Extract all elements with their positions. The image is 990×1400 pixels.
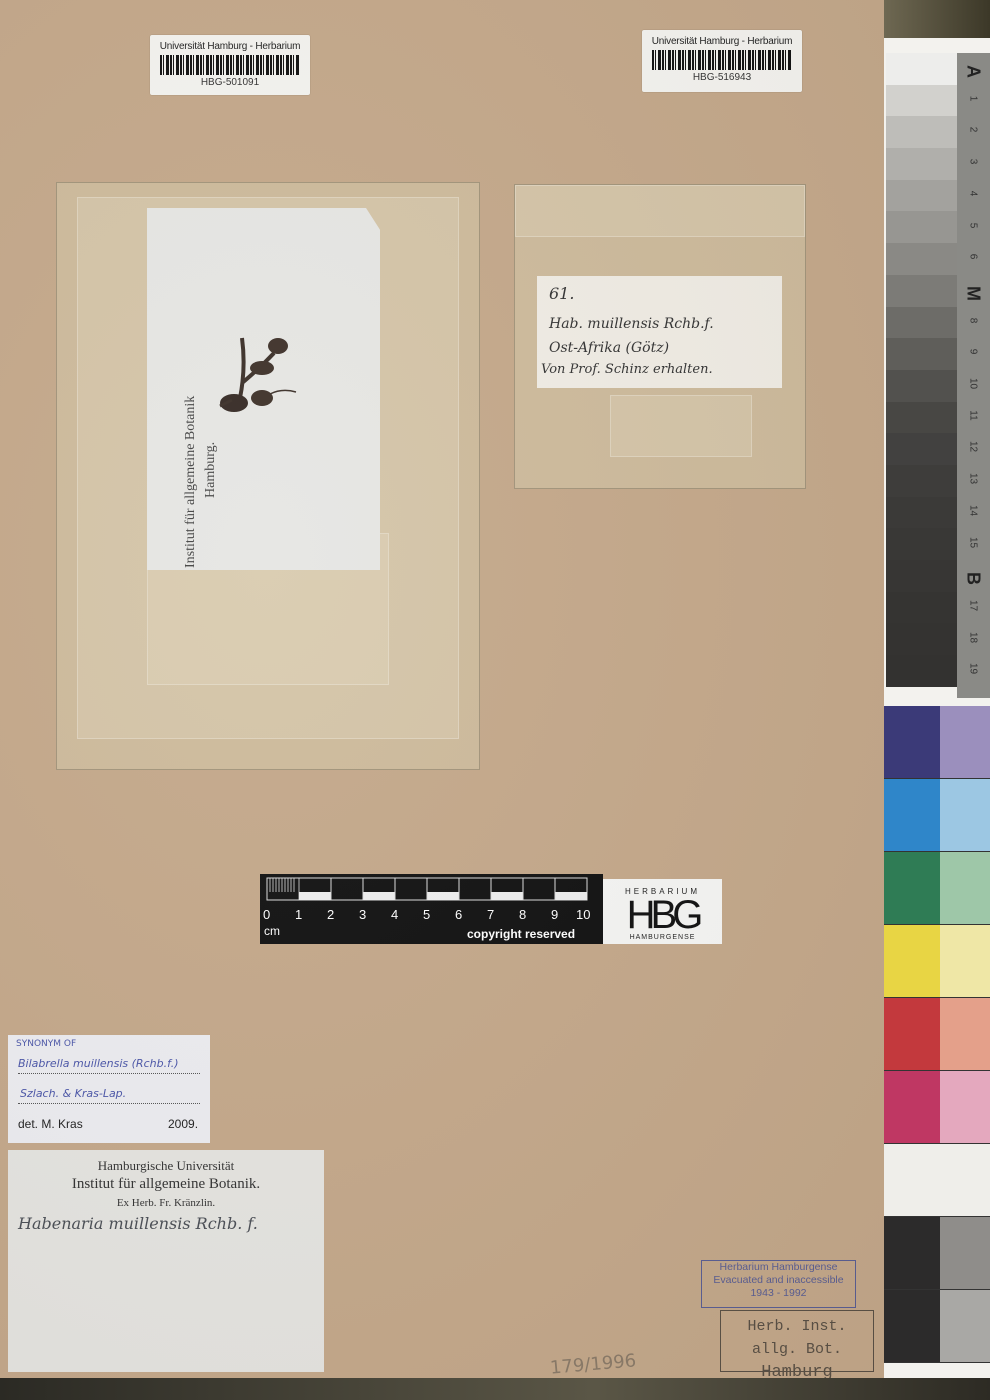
scale-tick-label: 10 (576, 907, 590, 922)
gray-step (886, 180, 957, 212)
inst-institute: Institut für allgemeine Botanik. (8, 1176, 324, 1193)
barcode-title: Universität Hamburg - Herbarium (150, 41, 310, 52)
gray-step-label: 12 (968, 439, 979, 455)
dotted-line (18, 1103, 200, 1104)
dotted-line (18, 1073, 200, 1074)
gray-step-label: 17 (968, 597, 979, 613)
color-swatch (940, 852, 990, 924)
color-swatch (940, 998, 990, 1070)
color-swatches (884, 706, 990, 1363)
gray-step (886, 623, 957, 655)
orchid-specimen-icon (212, 328, 307, 418)
field-note-label: 61. Hab. muillensis Rchb.f. Ost-Afrika (… (537, 276, 782, 388)
color-swatch (940, 1290, 990, 1362)
swatch-row (884, 1217, 990, 1290)
gray-step-label: 9 (968, 344, 979, 360)
stamp-line: Herb. Inst. allg. Bot. (721, 1315, 873, 1361)
barcode-label-2: Universität Hamburg - Herbarium HBG-5169… (642, 30, 802, 92)
barcode-label-1: Universität Hamburg - Herbarium HBG-5010… (150, 35, 310, 95)
institute-label: Hamburgische Universität Institut für al… (8, 1150, 324, 1372)
gray-step-label: 19 (968, 661, 979, 677)
specimen-envelope (56, 182, 480, 770)
evacuation-stamp: Herbarium Hamburgense Evacuated and inac… (701, 1260, 856, 1308)
stamp-line: Evacuated and inaccessible (702, 1274, 855, 1287)
gray-step-label: 2 (968, 122, 979, 138)
field-note-number: 61. (549, 284, 574, 303)
gray-step (886, 560, 957, 592)
envelope-fold (147, 533, 389, 685)
det-name-line1: Bilabrella muillensis (Rchb.f.) (18, 1057, 179, 1070)
copyright-text: copyright reserved (467, 927, 575, 941)
gray-step (886, 528, 957, 560)
note-envelope (514, 184, 806, 489)
gray-step-label: M (963, 285, 984, 301)
swatch-row (884, 1144, 990, 1217)
gray-step (886, 592, 957, 624)
background-edge (884, 0, 990, 38)
color-swatch (940, 779, 990, 851)
color-swatch (940, 706, 990, 778)
gray-step (886, 53, 957, 85)
field-note-line2: Ost-Afrika (Götz) (549, 340, 669, 356)
gray-step-label: 1 (968, 90, 979, 106)
gray-step (886, 211, 957, 243)
color-swatch (884, 1071, 940, 1143)
inst-handwritten-name: Habenaria muillensis Rchb. f. (18, 1214, 258, 1233)
color-swatch (884, 1290, 940, 1362)
gray-step (886, 148, 957, 180)
gray-step (886, 465, 957, 497)
logo-top-text: HERBARIUM (603, 887, 722, 896)
gray-step-label: 18 (968, 629, 979, 645)
gray-step (886, 307, 957, 339)
scale-tick-label: 5 (423, 907, 430, 922)
gray-scale-strip (886, 53, 957, 687)
institute-stamp: Herb. Inst. allg. Bot. Hamburg (720, 1310, 874, 1372)
gray-step-label: B (963, 571, 984, 587)
swatch-row (884, 998, 990, 1071)
det-by: det. M. Kras (18, 1117, 83, 1131)
stamp-line: Herbarium Hamburgense (702, 1261, 855, 1274)
packet-text-line1: Institut für allgemeine Botanik (183, 396, 199, 568)
color-swatch (884, 779, 940, 851)
gray-step-label: 14 (968, 502, 979, 518)
field-note-line1: Hab. muillensis Rchb.f. (549, 316, 714, 332)
color-swatch (940, 1071, 990, 1143)
field-note-line3: Von Prof. Schinz erhalten. (541, 362, 713, 377)
color-swatch (940, 925, 990, 997)
scale-bar: 0 1 2 3 4 5 6 7 8 9 10 cm copyright rese… (260, 874, 722, 944)
scale-tick-label: 3 (359, 907, 366, 922)
gray-step-label: 8 (968, 312, 979, 328)
scale-tick-label: 7 (487, 907, 494, 922)
color-swatch (884, 998, 940, 1070)
color-swatch (940, 1217, 990, 1289)
det-year: 2009. (168, 1117, 198, 1131)
accession-number: 179/1996 (549, 1350, 637, 1378)
color-swatch (940, 1144, 990, 1216)
gray-step (886, 85, 957, 117)
gray-step-label: 13 (968, 471, 979, 487)
gray-step-label: 3 (968, 154, 979, 170)
gray-step (886, 402, 957, 434)
gray-step (886, 497, 957, 529)
logo-bottom-text: HAMBURGENSE (603, 934, 722, 941)
scale-tick-label: 2 (327, 907, 334, 922)
swatch-row (884, 1290, 990, 1363)
scale-tick-label: 1 (295, 907, 302, 922)
gray-step (886, 243, 957, 275)
scale-tick-label: 0 (263, 907, 270, 922)
gray-step (886, 433, 957, 465)
scale-tick-label: 4 (391, 907, 398, 922)
background-edge (0, 1378, 990, 1400)
gray-step-label: A (963, 64, 984, 80)
gray-scale-labels: A123456M89101112131415B171819 (957, 53, 990, 698)
gray-step-label: 15 (968, 534, 979, 550)
swatch-row (884, 925, 990, 998)
gray-step-label: 4 (968, 185, 979, 201)
gray-step-label: 5 (968, 217, 979, 233)
color-swatch (884, 925, 940, 997)
envelope-fold (610, 395, 752, 457)
barcode-number: HBG-501091 (150, 77, 310, 88)
gray-step (886, 338, 957, 370)
barcode-title: Universität Hamburg - Herbarium (642, 36, 802, 47)
color-swatch (884, 1217, 940, 1289)
swatch-row (884, 706, 990, 779)
swatch-row (884, 1071, 990, 1144)
inst-ex-herb: Ex Herb. Fr. Kränzlin. (8, 1197, 324, 1209)
gray-step (886, 275, 957, 307)
color-swatch (884, 852, 940, 924)
inst-university: Hamburgische Universität (8, 1158, 324, 1174)
gray-step (886, 116, 957, 148)
scale-unit: cm (264, 924, 280, 938)
hbg-logo: HERBARIUM HBG HAMBURGENSE (603, 879, 722, 944)
gray-step (886, 370, 957, 402)
scale-tick-label: 6 (455, 907, 462, 922)
swatch-row (884, 852, 990, 925)
gray-step-label: 10 (968, 376, 979, 392)
scale-tick-label: 8 (519, 907, 526, 922)
color-swatch (884, 1144, 940, 1216)
color-calibration-chart: A123456M89101112131415B171819 (884, 38, 990, 1378)
barcode (652, 50, 792, 70)
envelope-flap (515, 185, 805, 237)
barcode (160, 55, 300, 75)
scale-ruler: 0 1 2 3 4 5 6 7 8 9 10 cm copyright rese… (260, 874, 603, 944)
barcode-number: HBG-516943 (642, 72, 802, 83)
gray-step-label: 6 (968, 249, 979, 265)
gray-step-label: 11 (968, 407, 979, 423)
packet-text-line2: Hamburg. (203, 442, 219, 498)
envelope-fold (77, 197, 459, 739)
color-swatch (884, 706, 940, 778)
herbarium-sheet: Universität Hamburg - Herbarium HBG-5010… (0, 0, 884, 1400)
scale-ticks-icon (260, 874, 603, 910)
det-name-line2: Szlach. & Kras-Lap. (20, 1087, 126, 1100)
logo-mark: HBG (603, 893, 722, 938)
scale-tick-label: 9 (551, 907, 558, 922)
specimen-packet: Institut für allgemeine Botanik Hamburg. (147, 208, 380, 570)
stamp-line: 1943 - 1992 (702, 1287, 855, 1300)
packet-printed-text: Institut für allgemeine Botanik Hamburg. (167, 288, 212, 568)
gray-step (886, 655, 957, 687)
determination-label: SYNONYM OF Bilabrella muillensis (Rchb.f… (8, 1035, 210, 1143)
det-header: SYNONYM OF (16, 1039, 76, 1049)
swatch-row (884, 779, 990, 852)
